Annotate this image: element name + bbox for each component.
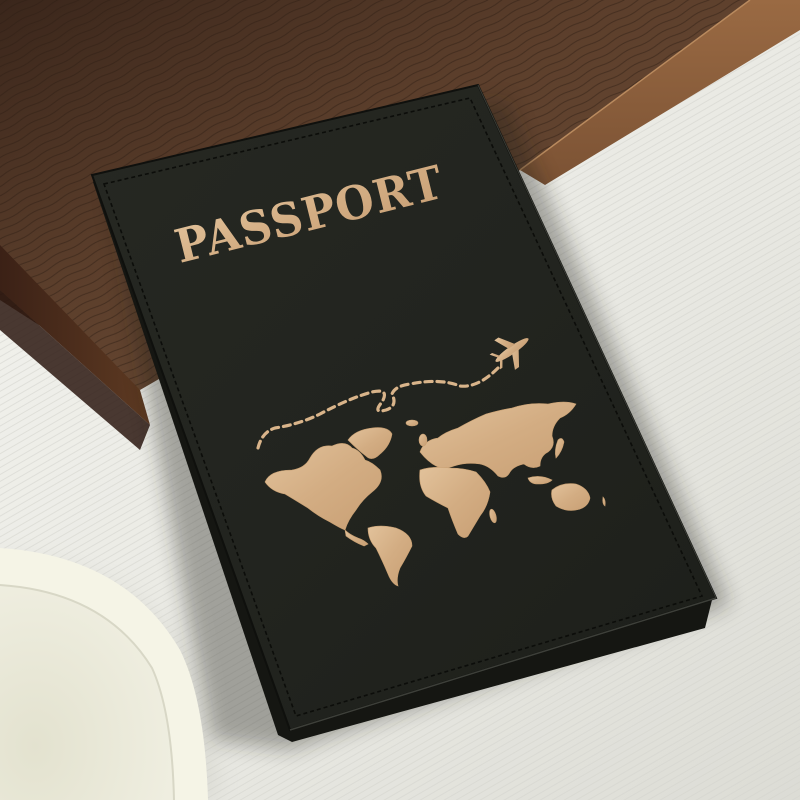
island-iceland xyxy=(406,420,418,426)
island-uk xyxy=(419,434,427,446)
product-photo: PASSPORT xyxy=(0,0,800,800)
